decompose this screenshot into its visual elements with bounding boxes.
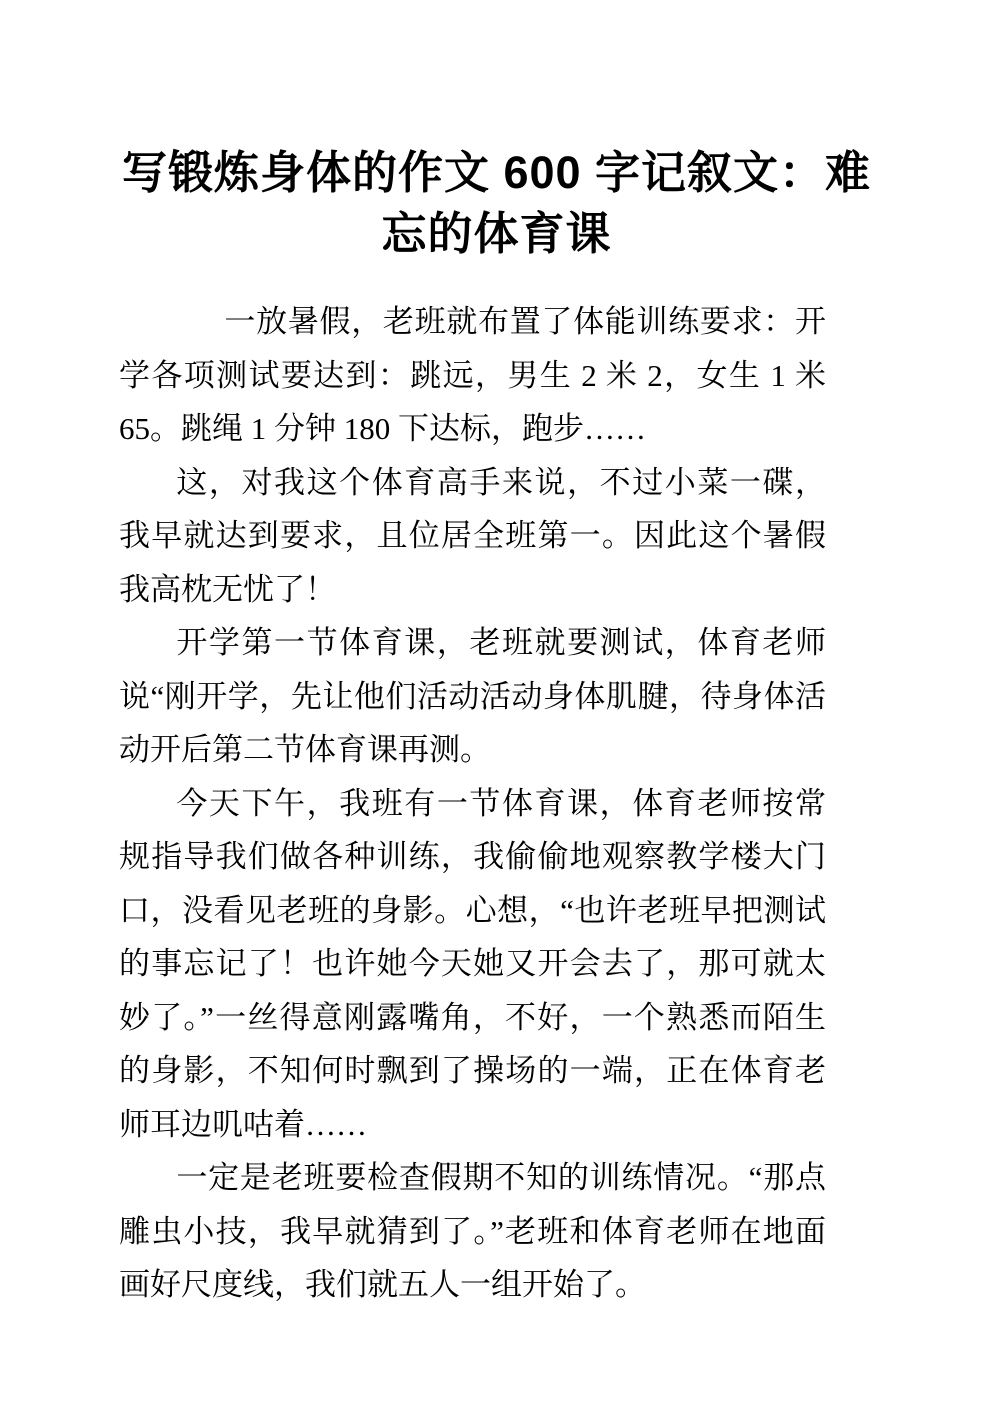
- essay-title: 写锻炼身体的作文 600 字记叙文：难 忘的体育课: [0, 142, 993, 264]
- essay-paragraph: 今天下午，我班有一节体育课，体育老师按常规指导我们做各种训练，我偷偷地观察教学楼…: [119, 777, 826, 1152]
- essay-title-line-1: 写锻炼身体的作文 600 字记叙文：难: [122, 147, 871, 198]
- essay-paragraph: 一定是老班要检查假期不知的训练情况。“那点雕虫小技，我早就猜到了。”老班和体育老…: [119, 1151, 826, 1312]
- essay-paragraph: 一放暑假，老班就布置了体能训练要求：开学各项测试要达到：跳远，男生 2 米 2，…: [119, 295, 826, 456]
- essay-body: 一放暑假，老班就布置了体能训练要求：开学各项测试要达到：跳远，男生 2 米 2，…: [119, 295, 826, 1312]
- essay-paragraph: 开学第一节体育课，老班就要测试，体育老师说“刚开学，先让他们活动活动身体肌腱，待…: [119, 616, 826, 777]
- document-page: 写锻炼身体的作文 600 字记叙文：难 忘的体育课 一放暑假，老班就布置了体能训…: [0, 0, 993, 1404]
- essay-paragraph: 这，对我这个体育高手来说，不过小菜一碟，我早就达到要求，且位居全班第一。因此这个…: [119, 456, 826, 617]
- essay-title-line-2: 忘的体育课: [381, 208, 611, 259]
